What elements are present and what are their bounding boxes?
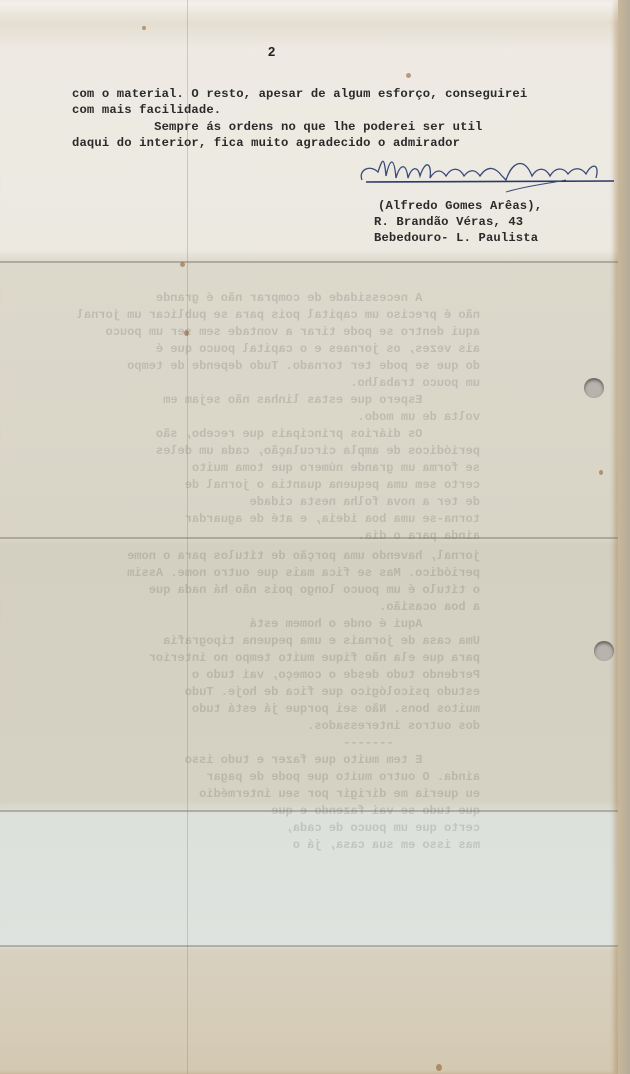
- body-line: com mais facilidade.: [72, 102, 221, 119]
- reverse-side-text-bleed: A necessidade de comprar não é grande nã…: [77, 290, 480, 545]
- typed-signature-name: (Alfredo Gomes Arêas),: [378, 198, 542, 215]
- stain: [406, 73, 411, 78]
- horizontal-fold-line: [0, 261, 618, 263]
- stain: [142, 26, 146, 30]
- page-edge: [618, 0, 630, 1074]
- address-line: R. Brandão Véras, 43: [374, 214, 523, 231]
- handwritten-signature: [356, 150, 618, 195]
- letter-page: A necessidade de comprar não é grande nã…: [0, 0, 618, 1074]
- address-line: Bebedouro- L. Paulista: [374, 230, 538, 247]
- stain: [599, 470, 603, 475]
- reverse-side-text-bleed: jornal, havendo uma porção de títulos pa…: [127, 548, 480, 854]
- punch-hole: [584, 378, 604, 398]
- paper-discoloration: [0, 0, 618, 50]
- punch-hole: [594, 641, 614, 661]
- stain: [436, 1064, 442, 1071]
- stain: [180, 262, 185, 267]
- body-line: com o material. O resto, apesar de algum…: [72, 86, 527, 103]
- page-number: 2: [268, 44, 275, 59]
- closing-line: Sempre ás ordens no que lhe poderei ser …: [72, 119, 483, 136]
- horizontal-fold-line: [0, 945, 618, 947]
